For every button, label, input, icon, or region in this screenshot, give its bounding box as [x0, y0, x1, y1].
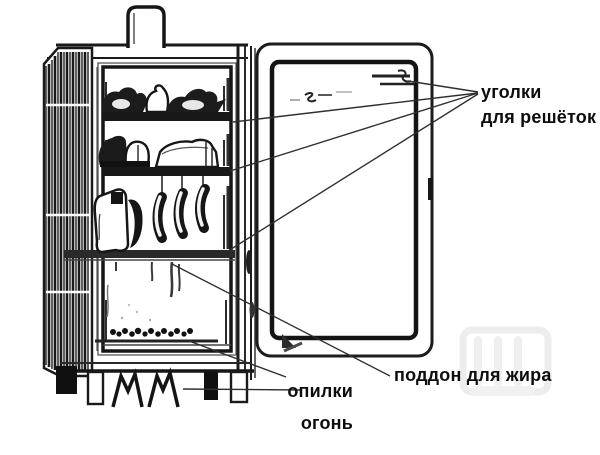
grate-shelf-1 — [103, 112, 231, 121]
chimney — [128, 7, 164, 48]
door-handle — [428, 178, 433, 200]
watermark — [463, 330, 548, 396]
grate-shelf-2 — [103, 167, 231, 176]
diagram: уголки для решёток поддон для жира опилк… — [0, 0, 600, 455]
label-fire: огонь — [220, 415, 353, 431]
label-grease-tray: поддон для жира — [394, 366, 552, 384]
label-grate-corners: уголки для решёток — [481, 80, 600, 130]
label-stack: опилки огонь — [220, 367, 353, 447]
door — [246, 44, 433, 380]
cabinet — [44, 7, 254, 407]
fire-flames — [113, 373, 178, 407]
side-panel — [44, 48, 92, 376]
label-sawdust: опилки — [220, 383, 353, 399]
